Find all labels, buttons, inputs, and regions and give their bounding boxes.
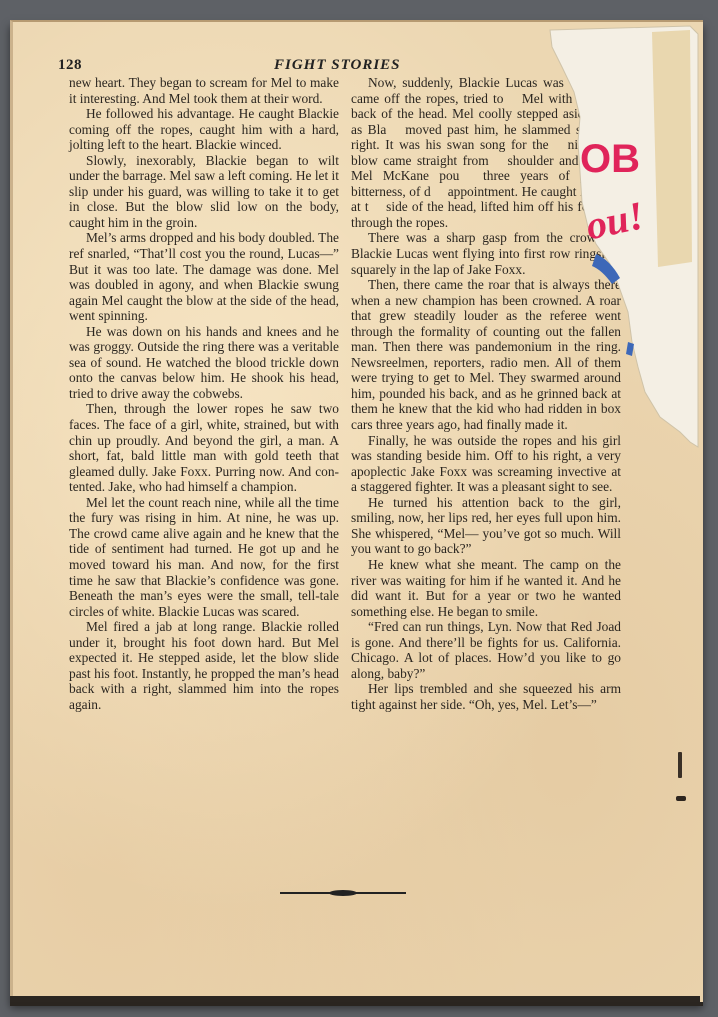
paragraph: Mel let the count reach nine, while all …	[69, 495, 339, 619]
tape-strip	[652, 30, 692, 267]
paragraph: He followed his advantage. He caught Bla…	[69, 106, 339, 153]
blue-dot	[626, 342, 634, 356]
page-number: 128	[58, 57, 82, 74]
torn-cover-fragment: OB ou!	[540, 22, 700, 452]
paragraph: Then, through the lower ropes he saw two…	[69, 401, 339, 494]
end-of-story-rule	[280, 892, 406, 894]
left-column: new heart. They began to scream for Mel …	[69, 75, 339, 712]
staple-hole	[676, 796, 686, 801]
paragraph: Slowly, inexorably, Blackie began to wil…	[69, 153, 339, 231]
paragraph: “Fred can run things, Lyn. Now that Red …	[351, 619, 621, 681]
paragraph: He was down on his hands and knees and h…	[69, 324, 339, 402]
paragraph: Her lips trembled and she squeezed his a…	[351, 681, 621, 712]
page-header: 128 FIGHT STORIES	[58, 57, 618, 77]
paragraph: new heart. They began to scream for Mel …	[69, 75, 339, 106]
paragraph: He turned his attention back to the girl…	[351, 495, 621, 557]
running-title: FIGHT STORIES	[274, 57, 401, 74]
paragraph: Mel’s arms dropped and his body dou­bled…	[69, 230, 339, 323]
paragraph: Mel fired a jab at long range. Blackie r…	[69, 619, 339, 712]
svg-text:OB: OB	[580, 137, 640, 181]
page-edge	[10, 996, 700, 1002]
staple-mark	[678, 752, 682, 778]
paragraph: He knew what she meant. The camp on the …	[351, 557, 621, 619]
